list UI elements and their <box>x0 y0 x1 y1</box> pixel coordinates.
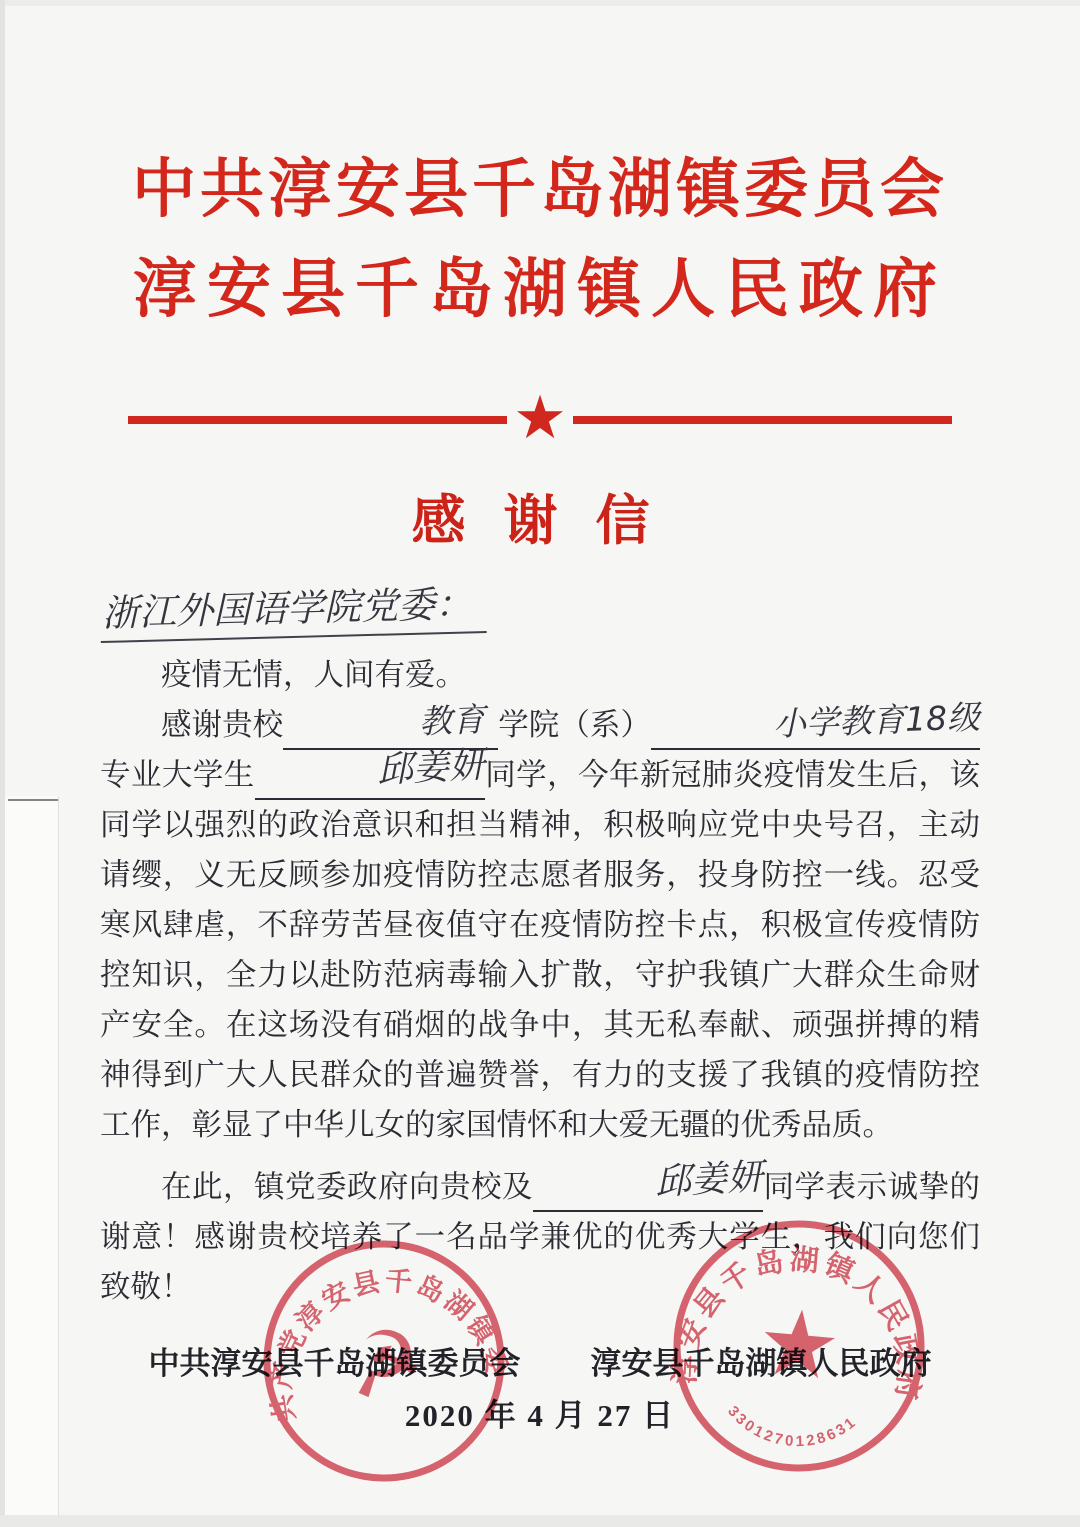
government-seal-code: 3301270128631 <box>722 1402 862 1456</box>
divider-rule-right <box>573 416 952 424</box>
party-committee-seal: 中国共产党淳安县千岛湖镇委员会 ☭ <box>235 1212 534 1511</box>
p2-text-4: 同学，今年新冠肺炎疫情发生后，该同学以强烈的政治意识和担当精神，积极响应党中央号… <box>100 758 980 1142</box>
paragraph-main: 感谢贵校教育学院（系）小学教育18级专业大学生邱姜妍同学，今年新冠肺炎疫情发生后… <box>100 700 980 1150</box>
divider-rule-left <box>128 416 507 424</box>
salutation-handwritten: 浙江外国语学院党委： <box>99 573 486 643</box>
blank-major-class: 小学教育18级 <box>651 705 980 750</box>
hammer-sickle-icon: ☭ <box>337 1307 433 1421</box>
letter-title: 感谢信 <box>0 478 1080 555</box>
p2-text-3: 专业大学生 <box>100 758 255 792</box>
red-divider: ★ <box>128 388 952 452</box>
scan-edge-top <box>0 0 1080 6</box>
blank-student-name: 邱姜妍 <box>255 755 485 800</box>
handwritten-major-class: 小学教育18级 <box>711 696 980 747</box>
letterhead-line2: 淳安县千岛湖镇人民政府 <box>0 240 1080 340</box>
government-seal: 淳安县千岛湖镇人民政府 ★ 3301270128631 <box>658 1205 940 1487</box>
scan-edge-bottom <box>0 1515 1080 1527</box>
p2-text-1: 感谢贵校 <box>161 708 283 742</box>
scanned-letter-page: 中共淳安县千岛湖镇委员会 淳安县千岛湖镇人民政府 ★ 感谢信 浙江外国语学院党委… <box>0 0 1080 1527</box>
paragraph-opening: 疫情无情，人间有爱。 <box>100 650 980 700</box>
handwritten-college: 教育 <box>357 699 485 745</box>
letter-body: 浙江外国语学院党委： 疫情无情，人间有爱。 感谢贵校教育学院（系）小学教育18级… <box>100 578 980 1312</box>
blank-student-name-2: 邱姜妍 <box>533 1167 763 1212</box>
p2-text-2: 学院（系） <box>498 708 651 742</box>
letterhead: 中共淳安县千岛湖镇委员会 淳安县千岛湖镇人民政府 <box>0 140 1080 340</box>
handwritten-student-name: 邱姜妍 <box>315 745 486 796</box>
handwritten-student-name-2: 邱姜妍 <box>593 1157 764 1208</box>
letterhead-line1: 中共淳安县千岛湖镇委员会 <box>0 140 1080 240</box>
blank-college-name: 教育 <box>283 705 498 750</box>
star-icon: ★ <box>507 388 573 448</box>
scan-paper-edge-line <box>8 799 58 801</box>
star-icon: ★ <box>753 1288 844 1402</box>
svg-text:3301270128631: 3301270128631 <box>722 1402 862 1456</box>
p3-text-1: 在此，镇党委政府向贵校及 <box>161 1170 533 1204</box>
salutation: 浙江外国语学院党委： <box>100 578 980 650</box>
